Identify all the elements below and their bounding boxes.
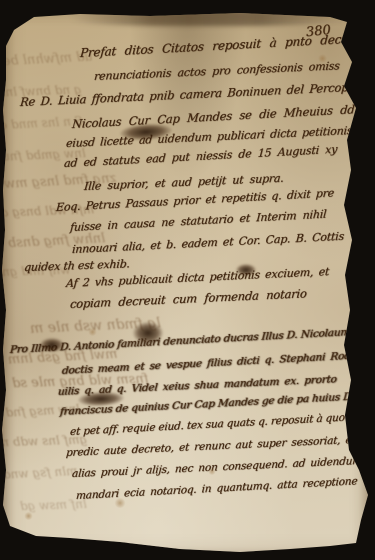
ink-bleedthrough-line: gmf lns wdb ne: [0, 432, 87, 449]
foxing-stain: [24, 512, 33, 520]
ink-bleedthrough-line: g nd bnwf lnm: [0, 82, 82, 99]
handwriting-line: Nicolaus Cur Cap Mandes se die Mheuius d…: [72, 101, 374, 131]
ink-blot: [133, 322, 163, 344]
handwriting-line: doctis meam et se vespue filius dicti q.…: [62, 349, 360, 377]
handwriting-line: uilis q. ad q. Videl xeius shua mandatum…: [58, 373, 338, 398]
ink-bleedthrough-line: fnsm wld bng mle sd: [12, 372, 149, 392]
handwriting-line: copiam decreuit cum formenda notario: [69, 286, 307, 311]
manuscript-photo: ud mfwhnl bes g nd bnwf lnm S n lns mnd …: [0, 0, 375, 560]
top-edge-smudge: [70, 11, 342, 26]
handwriting-line: alias proui jr alijs, nec non consequend…: [72, 455, 363, 480]
foxing-stain: [114, 498, 126, 508]
ink-bleedthrough-line: lnw gmbd fnu s: [0, 146, 86, 164]
ink-bleedthrough-line: mfn wdl bnsg ae: [0, 202, 95, 219]
ink-bleedthrough-line: lg fmdn wsb nle m: [30, 315, 161, 337]
folio-number: 380: [305, 23, 331, 41]
handwriting-line: Eoq. Petrus Passaus prior et repetitis q…: [56, 186, 335, 214]
handwriting-line: predic aute decreto, et renunc aut super…: [66, 434, 356, 459]
ink-bleedthrough-line: lnf msw gd: [20, 497, 87, 513]
handwriting-line: innouari alia, et b. eadem et Cor. Cap. …: [72, 230, 345, 256]
ink-bleedthrough-line: mwl fnd gsb lnm e: [0, 347, 118, 368]
handwriting-line: Ille suprior, et aud petijt ut supra.: [83, 172, 284, 193]
handwriting-line: Re D. Liuia ffondrata pnib camera Boninu…: [19, 80, 361, 110]
ink-blot: [40, 338, 64, 352]
handwriting-line: ad ed statuts ead put niessis de 15 Augu…: [64, 143, 338, 170]
handwriting-line: mandari ecia notarioq. in quantumq. atta…: [76, 475, 358, 502]
handwriting-line: renunciationis actos pro confessionis om…: [93, 59, 340, 83]
ink-bleedthrough-line: mln fsg wnd e: [0, 464, 78, 482]
handwriting-line: franciscus de quinius Cur Cap Mandes ge …: [60, 389, 375, 418]
ink-bleedthrough-line: lnw msg fnd b: [0, 402, 80, 420]
handwriting-line: fuisse in causa ne statutario et Interim…: [70, 208, 327, 234]
ink-bleedthrough-line: lnhw fmg dnsb e: [0, 231, 106, 252]
ink-bleedthrough-line: ud mfwhnl bes: [0, 49, 93, 69]
manuscript-page: ud mfwhnl bes g nd bnwf lnm S n lns mnd …: [0, 0, 375, 560]
ink-blot: [120, 122, 173, 142]
foxing-stain: [318, 54, 327, 63]
ink-blot: [236, 264, 256, 276]
ink-blot: [78, 391, 125, 407]
ink-bleedthrough-line: wnf lmd gn s: [0, 263, 71, 280]
handwriting-line: et pet aff. requie eiud. tex sua quats q…: [70, 411, 360, 438]
ink-bleedthrough-line: znq fmd lnsg mw: [4, 171, 117, 192]
ink-bleedthrough-line: S n lns mnd e: [0, 114, 83, 132]
handwriting-line: quidex th est exhib.: [23, 257, 130, 274]
foxing-stain: [88, 328, 97, 336]
handwriting-line: Af 2 vhs publicauit dicta petitionis exc…: [65, 265, 329, 290]
handwriting-line: eiusd licette ad uidendum publicari dict…: [65, 124, 352, 150]
handwriting-line: Prefat ditos Citatos reposuit à pnto dec…: [80, 31, 366, 60]
handwriting-line: Pro Illmo D. Antonio familiari denunciat…: [10, 326, 351, 356]
foxing-stain: [208, 468, 216, 475]
